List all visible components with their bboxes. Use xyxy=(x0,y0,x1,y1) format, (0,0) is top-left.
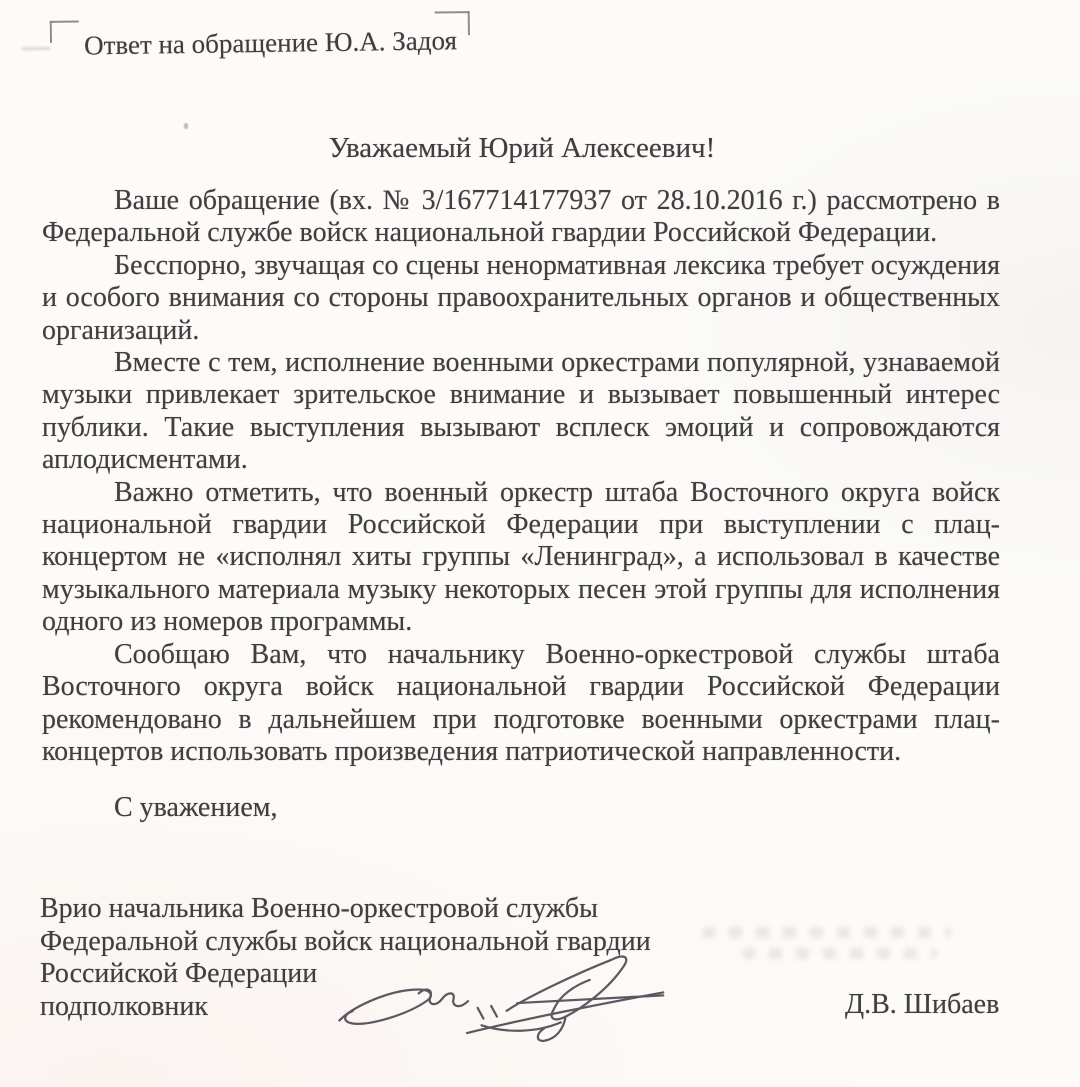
paragraph: Ваше обращение (вх. № 3/167714177937 от … xyxy=(42,185,1000,250)
closing-line: С уважением, xyxy=(114,792,277,824)
signature-stroke xyxy=(419,990,468,1006)
annotation-label: Ответ на обращение Ю.А. Задоя xyxy=(84,25,457,61)
annotation-header: Ответ на обращение Ю.А. Задоя xyxy=(50,11,471,67)
signature-title-line: Врио начальника Военно-оркестровой служб… xyxy=(40,893,651,926)
bleed-through-artifact xyxy=(742,948,937,959)
scan-artifact-dash xyxy=(22,47,50,50)
letter-body: Ваше обращение (вх. № 3/167714177937 от … xyxy=(42,185,1000,768)
scan-speck xyxy=(184,123,188,129)
paragraph: Важно отметить, что военный оркестр штаб… xyxy=(42,477,1000,639)
bleed-through-artifact xyxy=(702,927,952,938)
signer-name: Д.В. Шибаев xyxy=(845,989,999,1021)
signature-stroke xyxy=(339,990,430,1024)
paragraph: Сообщаю Вам, что начальнику Военно-оркес… xyxy=(42,639,1000,769)
handwritten-signature xyxy=(322,946,670,1064)
signature-stroke xyxy=(478,1006,497,1019)
salutation: Уважаемый Юрий Алексеевич! xyxy=(0,132,1044,165)
paragraph: Вместе с тем, исполнение военными оркест… xyxy=(42,347,1000,477)
crop-mark-left-icon xyxy=(50,21,79,43)
paragraph: Бесспорно, звучащая со сцены ненормативн… xyxy=(42,250,1000,347)
signature-stroke xyxy=(467,992,663,1033)
